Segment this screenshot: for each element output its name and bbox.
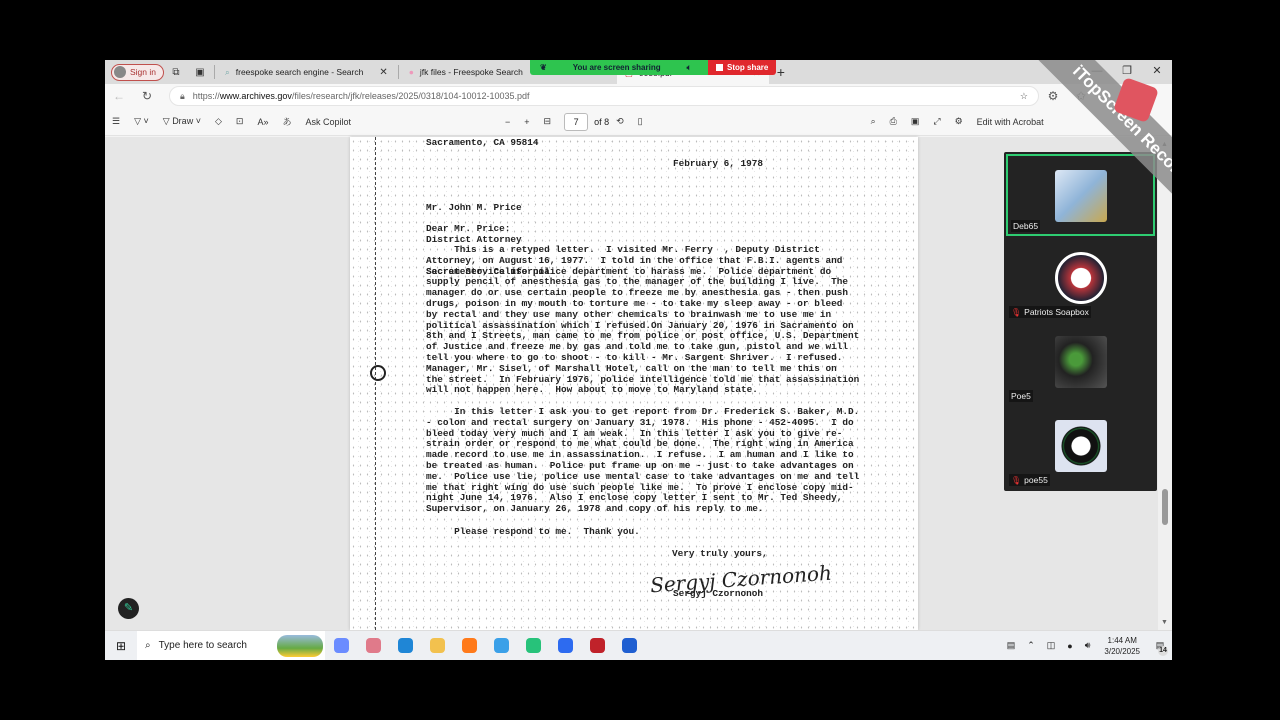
pinned-apps xyxy=(325,631,645,661)
tab-actions-icon[interactable]: ▣ xyxy=(188,67,212,78)
find-icon[interactable]: ⌕ xyxy=(864,116,883,127)
screen-share-bar: ❦ You are screen sharing 🔈︎ Stop share xyxy=(530,60,776,75)
closing-request: Please respond to me. Thank you. xyxy=(426,527,640,538)
copilot-taskbar-icon[interactable] xyxy=(325,631,357,661)
print-icon[interactable]: ⎙ xyxy=(883,116,904,127)
participant-avatar xyxy=(1055,252,1107,304)
read-aloud-icon[interactable]: A» xyxy=(250,117,275,127)
mic-muted-icon: 🎙︎ xyxy=(1011,308,1021,317)
firefox-taskbar-icon[interactable] xyxy=(453,631,485,661)
rotate-icon[interactable]: ⟲ xyxy=(609,116,631,127)
audio-icon[interactable]: 🔈︎ xyxy=(687,63,692,73)
pdf-toolbar: ☰ ▽ ˅ ▽ Draw ˅ ◇ ⊡ A» あ Ask Copilot − + … xyxy=(105,108,1172,136)
draw-button[interactable]: ▽ Draw ˅ xyxy=(156,116,208,127)
letter-date: February 6, 1978 xyxy=(673,159,763,170)
tab-title: freespoke search engine - Search xyxy=(236,67,364,77)
desktop-screen: Sign in ⧉ ▣ ⌕ freespoke search engine - … xyxy=(105,60,1172,660)
stop-icon xyxy=(716,64,723,71)
tab-jfk-files[interactable]: ● jfk files - Freespoke Search xyxy=(401,61,531,83)
participant-name: 🎙︎Patriots Soapbox xyxy=(1009,306,1091,318)
draw-pen-icon[interactable]: ✎ xyxy=(118,598,139,619)
scroll-down-icon[interactable]: ▼ xyxy=(1161,619,1168,626)
close-tab-icon[interactable]: ✕ xyxy=(379,67,387,78)
search-icon: ⌕ xyxy=(225,67,230,78)
sharing-status: ❦ You are screen sharing 🔈︎ xyxy=(530,60,708,75)
vertical-scrollbar[interactable]: ▲ ▼ xyxy=(1158,137,1172,630)
back-button[interactable]: ← xyxy=(105,89,133,103)
address-bar-row: ← ↻ 🔒︎ https://www.archives.gov/files/re… xyxy=(105,84,1172,108)
translate-icon[interactable]: あ xyxy=(275,115,298,128)
fit-page-icon[interactable]: ⊟ xyxy=(537,116,559,127)
workspaces-icon[interactable]: ⧉ xyxy=(164,67,188,78)
sender-address: Sacramento, CA 95814 xyxy=(426,138,539,149)
participant-avatar xyxy=(1055,170,1107,222)
stop-share-button[interactable]: Stop share xyxy=(708,60,776,75)
refresh-button[interactable]: ↻ xyxy=(133,89,161,103)
letter-line: will not happen here. How about to move … xyxy=(426,385,859,396)
participant-tile[interactable]: 🎙︎Patriots Soapbox xyxy=(1006,238,1155,320)
search-icon: ⌕ xyxy=(145,640,151,651)
internet-explorer-taskbar-icon[interactable] xyxy=(485,631,517,661)
edit-acrobat-button[interactable]: Edit with Acrobat xyxy=(970,117,1051,127)
security-taskbar-icon[interactable] xyxy=(613,631,645,661)
search-placeholder: Type here to search xyxy=(159,640,247,651)
page-margin-mark xyxy=(375,137,376,630)
clock[interactable]: 1:44 AM 3/20/2025 xyxy=(1096,635,1148,657)
close-window-button[interactable]: ✕ xyxy=(1142,60,1172,82)
extensions-icon[interactable]: ⚙ xyxy=(1039,89,1067,103)
eraser-icon[interactable]: ◇ xyxy=(208,116,229,127)
letter-line: Manager, Mr. Sisel, of Marshall Hotel, c… xyxy=(426,364,859,375)
zoom-taskbar-icon[interactable] xyxy=(549,631,581,661)
volume-icon[interactable]: 🔊︎ xyxy=(1079,640,1097,651)
contents-icon[interactable]: ☰ xyxy=(105,116,127,127)
zoom-out-button[interactable]: − xyxy=(498,117,517,127)
screen-recorder-taskbar-icon[interactable] xyxy=(581,631,613,661)
zoom-in-button[interactable]: + xyxy=(517,117,536,127)
handwritten-circle-mark xyxy=(370,365,386,381)
profile-icon xyxy=(114,66,126,78)
participant-avatar xyxy=(1055,420,1107,472)
address-bar[interactable]: 🔒︎ https://www.archives.gov/files/resear… xyxy=(169,86,1039,106)
participant-tile[interactable]: Deb65 xyxy=(1006,154,1155,236)
page-view-icon[interactable]: ▯ xyxy=(631,116,650,127)
favorite-star-icon[interactable]: ☆ xyxy=(1020,91,1028,102)
windows-start-icon[interactable]: ⊞ xyxy=(105,639,137,653)
mic-muted-icon: 🎙︎ xyxy=(1011,476,1021,485)
taskbar-search[interactable]: ⌕ Type here to search xyxy=(137,631,325,661)
windows-taskbar: ⊞ ⌕ Type here to search ▤ ⌃ ◫ ● 🔊︎ 1:44 … xyxy=(105,630,1172,660)
news-widget-icon[interactable]: ▤ xyxy=(1001,640,1022,651)
clock-date: 3/20/2025 xyxy=(1104,646,1140,657)
page-total: of 8 xyxy=(594,117,609,127)
scrollbar-thumb[interactable] xyxy=(1162,489,1168,525)
paragraph-1: This is a retyped letter. I visited Mr. … xyxy=(426,245,859,396)
sign-in-label: Sign in xyxy=(130,67,156,77)
file-explorer-taskbar-icon[interactable] xyxy=(421,631,453,661)
text-box-icon[interactable]: ⊡ xyxy=(229,116,251,127)
pdf-page: Sacramento, CA 95814 February 6, 1978 Mr… xyxy=(350,137,918,630)
participant-tile[interactable]: Poe5 xyxy=(1006,322,1155,404)
page-number-input[interactable]: 7 xyxy=(564,113,588,131)
paragraph-2: In this letter I ask you to get report f… xyxy=(426,407,859,515)
highlight-icon[interactable]: ▽ ˅ xyxy=(127,116,156,127)
notification-center-icon[interactable]: ▤14 xyxy=(1148,640,1172,651)
clock-time: 1:44 AM xyxy=(1104,635,1140,646)
system-tray: ▤ ⌃ ◫ ● 🔊︎ 1:44 AM 3/20/2025 ▤14 xyxy=(1001,631,1172,661)
divider xyxy=(398,65,399,79)
tab-freespoke-search[interactable]: ⌕ freespoke search engine - Search ✕ xyxy=(217,61,396,83)
valediction: Very truly yours, xyxy=(672,549,768,560)
search-highlight-art xyxy=(277,635,323,657)
fullscreen-icon[interactable]: ⤢ xyxy=(926,116,947,127)
letter-line: me. Police use lie, police use mental ca… xyxy=(426,472,859,483)
show-hidden-icons[interactable]: ⌃ xyxy=(1021,640,1041,651)
notification-count: 14 xyxy=(1158,646,1168,656)
letter-line: by rectal and they use many other chemic… xyxy=(426,310,859,321)
edge-taskbar-icon[interactable] xyxy=(389,631,421,661)
participant-name: 🎙︎poe55 xyxy=(1009,474,1050,486)
green-app-taskbar-icon[interactable] xyxy=(517,631,549,661)
freespoke-icon: ● xyxy=(409,67,414,77)
ask-copilot-button[interactable]: Ask Copilot xyxy=(298,117,358,127)
sharing-status-label: You are screen sharing xyxy=(573,63,661,72)
participant-name: Poe5 xyxy=(1009,390,1033,402)
lock-icon: 🔒︎ xyxy=(180,91,185,102)
snipping-tool-taskbar-icon[interactable] xyxy=(357,631,389,661)
participant-name: Deb65 xyxy=(1011,220,1040,232)
microphone-icon[interactable]: ● xyxy=(1061,641,1078,651)
zoom-leaf-icon: ❦ xyxy=(540,63,547,72)
url-text: https://www.archives.gov/files/research/… xyxy=(193,91,530,101)
divider xyxy=(214,65,215,79)
save-icon[interactable]: ▣ xyxy=(904,116,927,127)
camera-icon[interactable]: ◫ xyxy=(1041,640,1062,651)
zoom-participants-panel: Deb65 🎙︎Patriots Soapbox Poe5 🎙︎poe55 xyxy=(1004,152,1157,491)
participant-avatar xyxy=(1055,336,1107,388)
tab-title: jfk files - Freespoke Search xyxy=(420,67,523,77)
stop-share-label: Stop share xyxy=(727,63,768,72)
participant-tile[interactable]: 🎙︎poe55 xyxy=(1006,406,1155,488)
sign-in-button[interactable]: Sign in xyxy=(111,64,164,81)
salutation: Dear Mr. Price: xyxy=(426,224,510,235)
letter-line: Attorney, on August 16, 1977. I told in … xyxy=(426,256,859,267)
settings-icon[interactable]: ⚙ xyxy=(948,116,970,127)
letter-line: Supervisor, on January 26, 1978 and copy… xyxy=(426,504,859,515)
letter-line: - colon and rectal surgery on January 31… xyxy=(426,418,859,429)
typed-signature: Sergyj Czornonoh xyxy=(673,589,763,600)
